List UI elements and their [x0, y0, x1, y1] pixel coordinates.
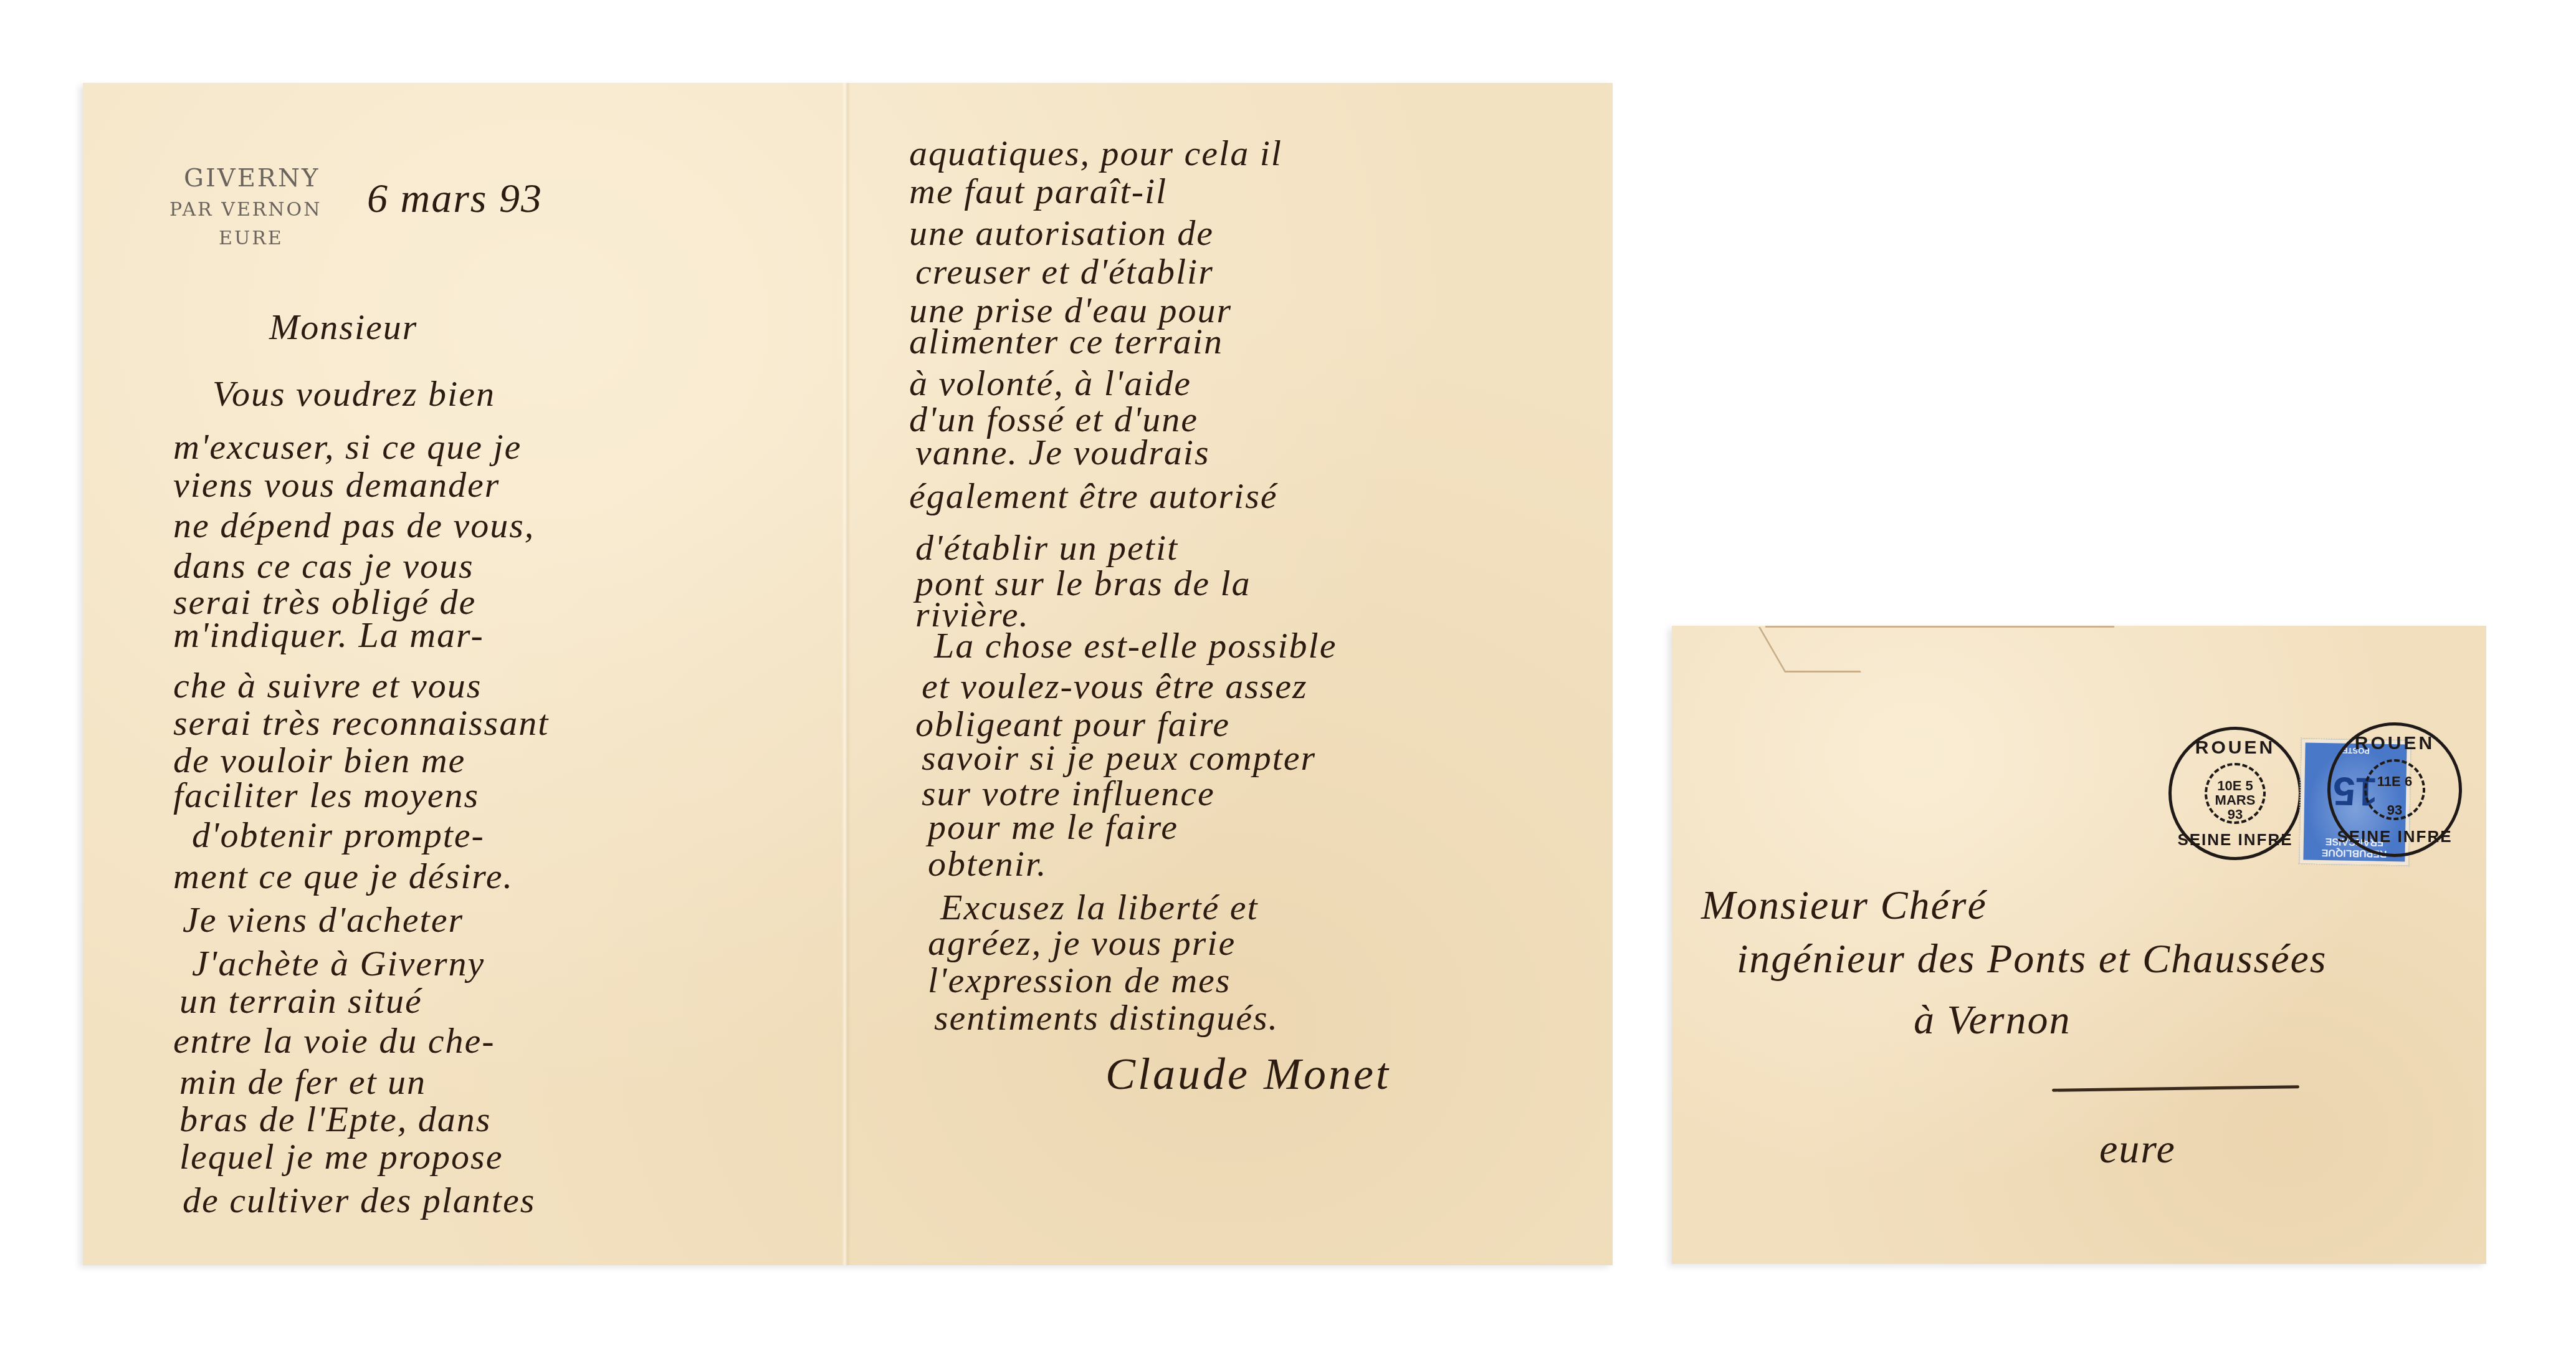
right-page-line: aquatiques, pour cela il: [909, 135, 1282, 171]
postmark-city: ROUEN: [2330, 733, 2459, 754]
left-page-line: viens vous demander: [173, 467, 500, 503]
right-page-line: obtenir.: [928, 846, 1047, 882]
left-page-line: entre la voie du che-: [173, 1023, 495, 1059]
letterhead-giverny: GIVERNY: [184, 164, 320, 193]
left-page-line: dans ce cas je vous: [173, 548, 474, 584]
letterhead-eure: EURE: [219, 227, 284, 249]
left-page-line: serai très reconnaissant: [173, 705, 549, 741]
postmark-region: SEINE INFRE: [2172, 830, 2299, 850]
left-page-line: ne dépend pas de vous,: [173, 507, 535, 543]
right-page-line: agréez, je vous prie: [928, 925, 1236, 961]
left-page-line: ment ce que je désire.: [173, 858, 513, 894]
letter-salutation: Monsieur: [269, 309, 417, 345]
letter-sheet: GIVERNY PAR VERNON EURE 6 mars 93 Monsie…: [83, 83, 1613, 1265]
postmark-rouen-2: ROUEN 11E 6 93 SEINE INFRE: [2327, 722, 2462, 857]
right-page-line: La chose est-elle possible: [934, 628, 1337, 664]
left-page-line: lequel je me propose: [179, 1139, 503, 1175]
address-recipient: Monsieur Chéré: [1701, 885, 1987, 926]
postmark-date: 10E 5 MARS 93: [2172, 778, 2299, 821]
postmark-rouen-1: ROUEN 10E 5 MARS 93 SEINE INFRE: [2168, 727, 2302, 860]
right-page-line: l'expression de mes: [928, 962, 1231, 998]
postmark-city: ROUEN: [2172, 737, 2299, 759]
left-page-line: de vouloir bien me: [173, 742, 465, 778]
right-page-line: pour me le faire: [928, 809, 1178, 845]
left-page-line: bras de l'Epte, dans: [179, 1101, 491, 1137]
right-page-line: une autorisation de: [909, 215, 1214, 251]
left-page-line: d'obtenir prompte-: [192, 817, 485, 853]
left-page-line: Je viens d'acheter: [183, 902, 464, 938]
left-page-line: J'achète à Giverny: [192, 946, 485, 982]
envelope: ROUEN 10E 5 MARS 93 SEINE INFRE REPUBLIQ…: [1672, 626, 2486, 1264]
left-page-line: Vous voudrez bien: [212, 376, 495, 412]
right-page-line: creuser et d'établir: [915, 254, 1214, 290]
left-page-line: m'indiquer. La mar-: [173, 617, 484, 653]
left-page-line: m'excuser, si ce que je: [173, 429, 522, 465]
right-page-line: me faut paraît-il: [909, 173, 1167, 209]
right-page-line: à volonté, à l'aide: [909, 365, 1191, 401]
address-department: eure: [2099, 1129, 2176, 1170]
left-page-line: de cultiver des plantes: [183, 1182, 535, 1219]
left-page-line: un terrain situé: [179, 983, 422, 1019]
address-title: ingénieur des Ponts et Chaussées: [1737, 939, 2327, 980]
address-underline: [2052, 1085, 2299, 1092]
left-page-line: faciliter les moyens: [173, 777, 479, 813]
right-page-line: sentiments distingués.: [934, 1000, 1279, 1036]
signature: Claude Monet: [1105, 1051, 1391, 1096]
letter-fold-crease: [842, 83, 851, 1265]
postmark-region: SEINE INFRE: [2330, 827, 2459, 846]
right-page-line: Excusez la liberté et: [940, 889, 1259, 926]
postmark-date: 11E 6 93: [2330, 774, 2459, 817]
left-page-line: che à suivre et vous: [173, 668, 482, 704]
letterhead-par-vernon: PAR VERNON: [169, 199, 322, 221]
right-page-line: également être autorisé: [909, 478, 1277, 514]
right-page-line: alimenter ce terrain: [909, 323, 1223, 360]
left-page-line: min de fer et un: [179, 1064, 426, 1100]
right-page-line: d'établir un petit: [915, 530, 1178, 566]
right-page-line: vanne. Je voudrais: [915, 434, 1209, 471]
letter-date: 6 mars 93: [367, 178, 543, 219]
right-page-line: et voulez-vous être assez: [922, 668, 1308, 704]
right-page-line: savoir si je peux compter: [922, 740, 1316, 776]
address-city: à Vernon: [1914, 1000, 2071, 1041]
